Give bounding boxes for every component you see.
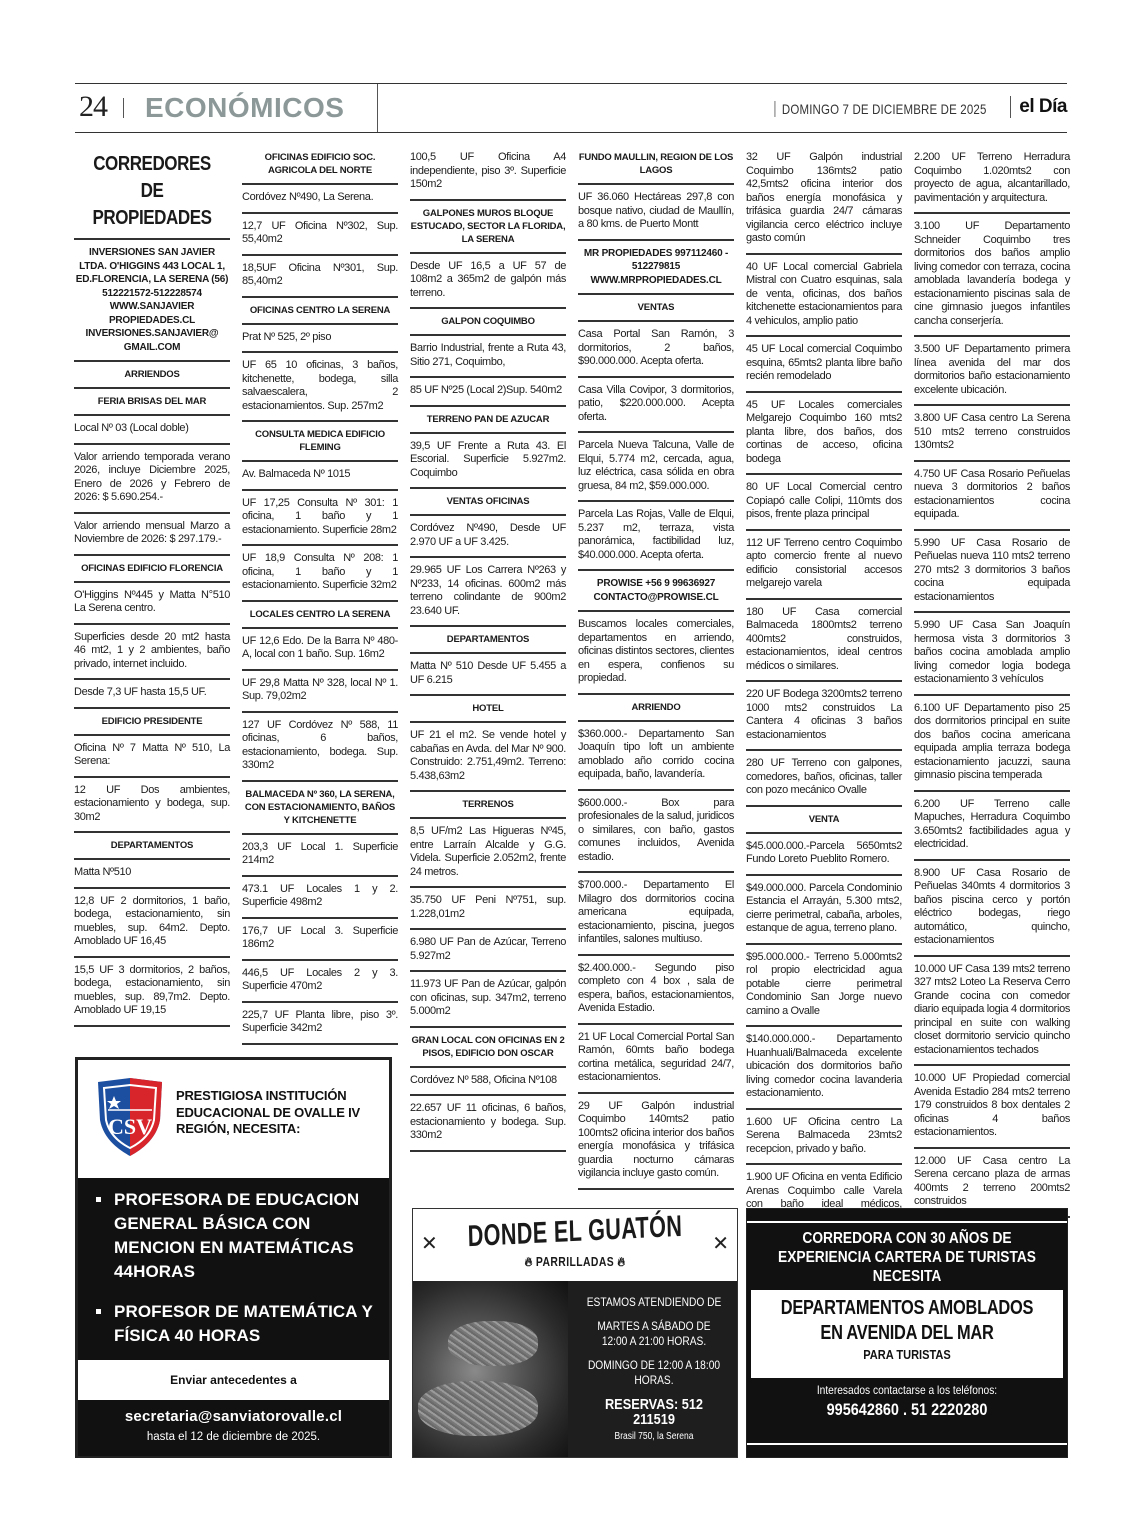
classifieds-column-4: FUNDO MAULLIN, REGION DE LOS LAGOSUF 36.… bbox=[578, 145, 734, 1190]
section-heading: GRAN LOCAL CON OFICINAS EN 2 PISOS, EDIF… bbox=[410, 1026, 566, 1066]
classified-listing: $360.000.- Departamento San Joaquín tipo… bbox=[578, 720, 734, 789]
section-heading: FERIA BRISAS DEL MAR bbox=[74, 387, 230, 414]
school-ad-header: CSV PRESTIGIOSA INSTITUCIÓN EDUCACIONAL … bbox=[78, 1060, 389, 1178]
flame-icon: 🔥︎ bbox=[614, 1254, 625, 1269]
classified-listing: 45 UF Locales comerciales Melgarejo Coqu… bbox=[746, 391, 902, 474]
section-heading: GALPON COQUIMBO bbox=[410, 307, 566, 334]
job-list: PROFESORA DE EDUCACION GENERAL BÁSICA CO… bbox=[78, 1178, 389, 1360]
section-heading: FUNDO MAULLIN, REGION DE LOS LAGOS bbox=[578, 145, 734, 183]
section-heading: VENTAS bbox=[578, 293, 734, 320]
classified-listing: 22.657 UF 11 oficinas, 6 baños, estacion… bbox=[410, 1094, 566, 1152]
classified-listing: Barrio Industrial, frente a Ruta 43, Sit… bbox=[410, 334, 566, 376]
classified-listing: UF 36.060 Hectáreas 297,8 con bosque nat… bbox=[578, 183, 734, 239]
classified-listing: 18,5UF Oficina Nº301, Sup. 85,40m2 bbox=[242, 254, 398, 296]
classifieds-column-3: 100,5 UF Oficina A4 independiente, piso … bbox=[410, 145, 566, 1152]
classified-listing: 32 UF Galpón industrial Coquimbo 136mts2… bbox=[746, 145, 902, 253]
classifieds-column-5: 32 UF Galpón industrial Coquimbo 136mts2… bbox=[746, 145, 902, 1234]
section-heading: BALMACEDA Nº 360, LA SERENA, CON ESTACIO… bbox=[242, 780, 398, 833]
section-heading: ARRIENDOS bbox=[74, 360, 230, 387]
classified-listing: 446,5 UF Locales 2 y 3. Superficie 470m2 bbox=[242, 959, 398, 1001]
classified-listing: 180 UF Casa comercial Balmaceda 1800mts2… bbox=[746, 598, 902, 681]
classified-listing: 6.100 UF Departamento piso 25 dos dormit… bbox=[914, 694, 1070, 790]
classified-listing: $140.000.000.- Departamento Huanhuali/Ba… bbox=[746, 1025, 902, 1108]
classified-listing: Local Nº 03 (Local doble) bbox=[74, 414, 230, 443]
realty-ad-heading: CORREDORA CON 30 AÑOS DE EXPERIENCIA CAR… bbox=[769, 1223, 1044, 1290]
classified-listing: 15,5 UF 3 dormitorios, 2 baños, bodega, … bbox=[74, 956, 230, 1027]
classified-listing: 3.100 UF Departamento Schneider Coquimbo… bbox=[914, 212, 1070, 335]
classified-listing: Cordóvez Nº490, La Serena. bbox=[242, 183, 398, 212]
classified-listing: Matta Nº510 bbox=[74, 858, 230, 887]
classified-listing: 3.500 UF Departamento primera línea aven… bbox=[914, 335, 1070, 404]
classified-listing: Valor arriendo mensual Marzo a Noviembre… bbox=[74, 512, 230, 554]
section-heading: DEPARTAMENTOS bbox=[74, 831, 230, 858]
realty-phones: 995642860 . 51 2220280 bbox=[771, 1399, 1043, 1421]
classified-listing: 6.980 UF Pan de Azúcar, Terreno 5.927m2 bbox=[410, 928, 566, 970]
classified-listing: UF 65 10 oficinas, 3 baños, kitchenette,… bbox=[242, 351, 398, 420]
opening-hours: ESTAMOS ATENDIENDO DE MARTES A SÁBADO DE… bbox=[583, 1295, 724, 1453]
realty-ad-highlight: DEPARTAMENTOS AMOBLADOS EN AVENIDA DEL M… bbox=[751, 1290, 1063, 1378]
school-ad-footer: secretaria@sanviatorovalle.cl hasta el 1… bbox=[78, 1400, 389, 1456]
classified-listing: $95.000.000.- Terreno 5.000mts2 rol prop… bbox=[746, 943, 902, 1026]
classified-listing: UF 17,25 Consulta Nº 301: 1 oficina, 1 b… bbox=[242, 489, 398, 545]
divider bbox=[747, 1209, 1067, 1223]
divider bbox=[123, 98, 124, 118]
classified-listing: 225,7 UF Planta libre, piso 3º. Superfic… bbox=[242, 1001, 398, 1045]
classifieds-column-2: OFICINAS EDIFICIO SOC. AGRICOLA DEL NORT… bbox=[242, 145, 398, 1045]
classified-listing: 473.1 UF Locales 1 y 2. Superficie 498m2 bbox=[242, 875, 398, 917]
classified-listing: 220 UF Bodega 3200mts2 terreno 1000 mts2… bbox=[746, 680, 902, 749]
classified-listing: O'Higgins Nº445 y Matta N°510 La Serena … bbox=[74, 581, 230, 623]
crossed-utensils-icon: ✕ bbox=[712, 1231, 729, 1256]
section-heading: LOCALES CENTRO LA SERENA bbox=[242, 600, 398, 627]
section-heading: TERRENO PAN DE AZUCAR bbox=[410, 405, 566, 432]
classified-listing: Casa Portal San Ramón, 3 dormitorios, 2 … bbox=[578, 320, 734, 376]
classified-listing: Prat Nº 525, 2º piso bbox=[242, 323, 398, 352]
section-heading: OFICINAS EDIFICIO FLORENCIA bbox=[74, 554, 230, 581]
classified-listing: 3.800 UF Casa centro La Serena 510 mts2 … bbox=[914, 404, 1070, 460]
flame-icon: 🔥︎ bbox=[525, 1254, 536, 1269]
bullet-icon bbox=[96, 1309, 101, 1314]
classified-listing: Valor arriendo temporada verano 2026, in… bbox=[74, 443, 230, 512]
classified-listing: 280 UF Terreno con galpones, comedores, … bbox=[746, 749, 902, 805]
steak-shape bbox=[418, 1381, 538, 1436]
deadline-text: hasta el 12 de diciembre de 2025. bbox=[78, 1428, 389, 1446]
job-item: PROFESOR DE MATEMÁTICA Y FÍSICA 40 HORAS bbox=[88, 1300, 379, 1348]
divider bbox=[747, 1443, 1067, 1457]
divider bbox=[377, 84, 378, 132]
classified-listing: 2.200 UF Terreno Herradura Coquimbo 1.02… bbox=[914, 145, 1070, 212]
classified-listing: 80 UF Local Comercial centro Copiapó cal… bbox=[746, 473, 902, 529]
section-heading: HOTEL bbox=[410, 694, 566, 721]
realty-ad-main: DEPARTAMENTOS AMOBLADOS EN AVENIDA DEL M… bbox=[779, 1296, 1035, 1346]
classified-listing: 100,5 UF Oficina A4 independiente, piso … bbox=[410, 145, 566, 199]
classified-listing: 21 UF Local Comercial Portal San Ramón, … bbox=[578, 1023, 734, 1092]
classified-listing: 12,8 UF 2 dormitorios, 1 baño, bodega, e… bbox=[74, 887, 230, 956]
classified-listing: $2.400.000.- Segundo piso completo con 4… bbox=[578, 954, 734, 1023]
classified-listing: 35.750 UF Peni Nº751, sup. 1.228,01m2 bbox=[410, 886, 566, 928]
classified-listing: 10.000 UF Propiedad comercial Avenida Es… bbox=[914, 1064, 1070, 1147]
classified-listing: 85 UF Nº25 (Local 2)Sup. 540m2 bbox=[410, 376, 566, 405]
classified-listing: 112 UF Terreno centro Coquimbo apto come… bbox=[746, 529, 902, 598]
classified-listing: 11.973 UF Pan de Azúcar, galpón con ofic… bbox=[410, 970, 566, 1026]
restaurant-ad: ✕ DONDE EL GUATÓN 🔥︎ PARRILLADAS 🔥︎ ✕ ES… bbox=[412, 1208, 738, 1458]
classified-listing: 39,5 UF Frente a Ruta 43. El Escorial. S… bbox=[410, 432, 566, 488]
classified-listing: UF 18,9 Consulta Nº 208: 1 oficina, 1 ba… bbox=[242, 544, 398, 600]
classified-listing: 10.000 UF Casa 139 mts2 terreno 327 mts2… bbox=[914, 955, 1070, 1065]
classified-listing: Superficies desde 20 mt2 hasta 46 mt2, 1… bbox=[74, 623, 230, 679]
classified-listing: Oficina Nº 7 Matta Nº 510, La Serena: bbox=[74, 734, 230, 776]
classified-listing: Parcela Nueva Talcuna, Valle de Elqui, 5… bbox=[578, 431, 734, 500]
classified-listing: 6.200 UF Terreno calle Mapuches, Herradu… bbox=[914, 790, 1070, 859]
section-heading: DEPARTAMENTOS bbox=[410, 625, 566, 652]
column-title: CORREDORES DE PROPIEDADES bbox=[86, 145, 219, 238]
restaurant-name: DONDE EL GUATÓN bbox=[458, 1209, 692, 1254]
classified-listing: 29 UF Galpón industrial Coquimbo 140mts2… bbox=[578, 1092, 734, 1190]
classified-listing: 127 UF Cordóvez Nº 588, 11 oficinas, 6 b… bbox=[242, 711, 398, 780]
classified-listing: $600.000.- Box para profesionales de la … bbox=[578, 789, 734, 872]
agency-contact: PROWISE +56 9 99636927 CONTACTO@PROWISE.… bbox=[578, 569, 734, 610]
section-heading: GALPONES MUROS BLOQUE ESTUCADO, SECTOR L… bbox=[410, 199, 566, 252]
classified-listing: 12 UF Dos ambientes, estacionamiento y b… bbox=[74, 776, 230, 832]
classified-listing: 5.990 UF Casa San Joaquín hermosa vista … bbox=[914, 611, 1070, 694]
reservations-phone: RESERVAS: 512 211519 bbox=[583, 1397, 724, 1427]
school-ad-heading: PRESTIGIOSA INSTITUCIÓN EDUCACIONAL DE O… bbox=[176, 1088, 386, 1138]
realty-ad: CORREDORA CON 30 AÑOS DE EXPERIENCIA CAR… bbox=[746, 1208, 1068, 1458]
classified-listing: 203,3 UF Local 1. Superficie 214m2 bbox=[242, 833, 398, 875]
classified-listing: $49.000.000. Parcela Condominio Estancia… bbox=[746, 874, 902, 943]
classified-listing: Cordóvez Nº490, Desde UF 2.970 UF a UF 3… bbox=[410, 514, 566, 556]
classified-listing: UF 21 el m2. Se vende hotel y cabañas en… bbox=[410, 721, 566, 790]
classified-listing: 8,5 UF/m2 Las Higueras Nº45, entre Larra… bbox=[410, 817, 566, 886]
section-heading: OFICINAS EDIFICIO SOC. AGRICOLA DEL NORT… bbox=[242, 145, 398, 183]
agency-contact: INVERSIONES SAN JAVIER LTDA. O'HIGGINS 4… bbox=[74, 238, 230, 360]
classified-listing: Matta Nº 510 Desde UF 5.455 a UF 6.215 bbox=[410, 652, 566, 694]
school-crest-icon: CSV bbox=[94, 1076, 166, 1158]
section-heading: CONSULTA MEDICA EDIFICIO FLEMING bbox=[242, 420, 398, 460]
agency-contact: MR PROPIEDADES 997112460 - 512279815 WWW… bbox=[578, 239, 734, 294]
masthead: 24 ECONÓMICOS DOMINGO 7 DE DICIEMBRE DE … bbox=[75, 83, 1067, 133]
realty-contact-label: Interesados contactarse a los teléfonos: bbox=[771, 1378, 1043, 1399]
classified-listing: Desde UF 16,5 a UF 57 de 108m2 a 365m2 d… bbox=[410, 252, 566, 308]
classifieds-column-6: 2.200 UF Terreno Herradura Coquimbo 1.02… bbox=[914, 145, 1070, 1218]
restaurant-banner: ✕ DONDE EL GUATÓN 🔥︎ PARRILLADAS 🔥︎ ✕ bbox=[413, 1209, 737, 1281]
section-heading: ARRIENDO bbox=[578, 693, 734, 720]
classified-listing: $45.000.000.-Parcela 5650mts2 Fundo Lore… bbox=[746, 832, 902, 874]
send-label: Enviar antecedentes a bbox=[78, 1360, 389, 1400]
classified-listing: Casa Villa Covipor, 3 dormitorios, patio… bbox=[578, 376, 734, 432]
classified-listing: Cordóvez Nº 588, Oficina Nº108 bbox=[410, 1066, 566, 1095]
classified-listing: Buscamos locales comerciales, departamen… bbox=[578, 610, 734, 693]
job-item: PROFESORA DE EDUCACION GENERAL BÁSICA CO… bbox=[88, 1188, 379, 1284]
restaurant-subtitle: 🔥︎ PARRILLADAS 🔥︎ bbox=[445, 1254, 704, 1270]
section-title: ECONÓMICOS bbox=[145, 92, 344, 124]
grilled-meat-photo bbox=[413, 1281, 568, 1458]
publication-date: DOMINGO 7 DE DICIEMBRE DE 2025 bbox=[775, 101, 987, 117]
bullet-icon bbox=[96, 1197, 101, 1202]
section-heading: OFICINAS CENTRO LA SERENA bbox=[242, 296, 398, 323]
classified-listing: 45 UF Local comercial Coquimbo esquina, … bbox=[746, 335, 902, 391]
classified-listing: 4.750 UF Casa Rosario Peñuelas nueva 3 d… bbox=[914, 460, 1070, 529]
classified-listing: UF 29,8 Matta Nº 328, local Nº 1. Sup. 7… bbox=[242, 669, 398, 711]
classified-listing: UF 12,6 Edo. De la Barra Nº 480-A, local… bbox=[242, 627, 398, 669]
classified-listing: Desde 7,3 UF hasta 15,5 UF. bbox=[74, 678, 230, 707]
classified-listing: $700.000.- Departamento El Milagro dos d… bbox=[578, 871, 734, 954]
svg-text:CSV: CSV bbox=[108, 1114, 152, 1139]
newspaper-logo: el Día bbox=[1010, 96, 1067, 118]
section-heading: VENTAS OFICINAS bbox=[410, 487, 566, 514]
school-job-ad: CSV PRESTIGIOSA INSTITUCIÓN EDUCACIONAL … bbox=[75, 1057, 392, 1458]
contact-email[interactable]: secretaria@sanviatorovalle.cl bbox=[78, 1406, 389, 1428]
section-heading: EDIFICIO PRESIDENTE bbox=[74, 707, 230, 734]
realty-ad-sub: PARA TURISTAS bbox=[774, 1346, 1039, 1364]
classified-listing: 29.965 UF Los Carrera Nº263 y Nº233, 14 … bbox=[410, 556, 566, 625]
classified-listing: 12,7 UF Oficina Nº302, Sup. 55,40m2 bbox=[242, 212, 398, 254]
crossed-utensils-icon: ✕ bbox=[421, 1231, 438, 1256]
classifieds-column-1: CORREDORES DE PROPIEDADESINVERSIONES SAN… bbox=[74, 145, 230, 1027]
restaurant-address: Brasil 750, la Serena bbox=[583, 1429, 724, 1444]
classified-listing: 1.600 UF Oficina centro La Serena Balmac… bbox=[746, 1108, 902, 1164]
classified-listing: 5.990 UF Casa Rosario de Peñuelas nueva … bbox=[914, 529, 1070, 612]
page-number: 24 bbox=[79, 90, 107, 124]
section-heading: TERRENOS bbox=[410, 790, 566, 817]
section-heading: VENTA bbox=[746, 805, 902, 832]
classified-listing: Av. Balmaceda Nº 1015 bbox=[242, 460, 398, 489]
steak-shape bbox=[448, 1321, 538, 1366]
classified-listing: 176,7 UF Local 3. Superficie 186m2 bbox=[242, 917, 398, 959]
classified-listing: 8.900 UF Casa Rosario de Peñuelas 340mts… bbox=[914, 859, 1070, 955]
classified-listing: 40 UF Local comercial Gabriela Mistral c… bbox=[746, 253, 902, 336]
classified-listing: Parcela Las Rojas, Valle de Elqui, 5.237… bbox=[578, 500, 734, 569]
classified-listing: 12.000 UF Casa centro La Serena cercano … bbox=[914, 1147, 1070, 1218]
